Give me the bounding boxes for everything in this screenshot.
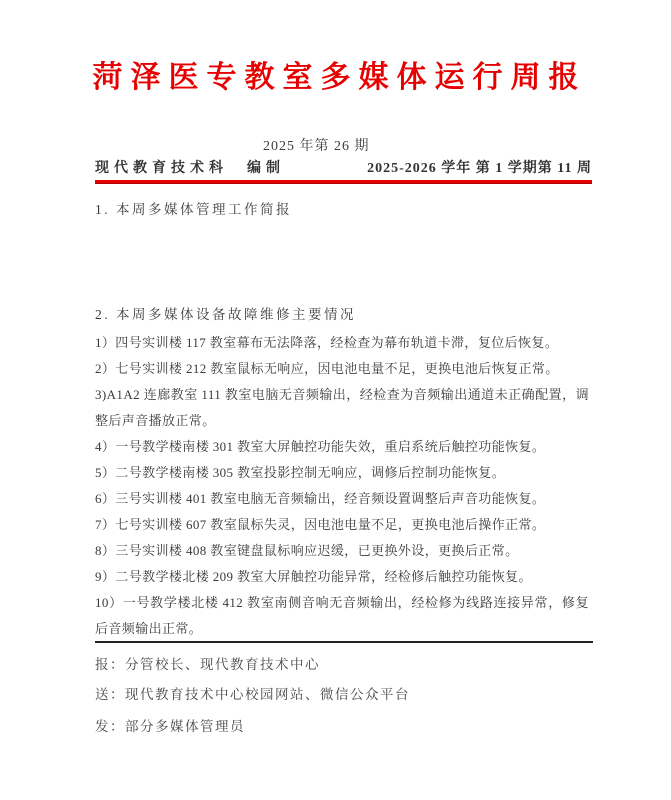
header-row: 现代教育技术科 编制 2025-2026 学年 第 1 学期第 11 周 [95,157,592,177]
send-to-line: 送：现代教育技术中心校园网站、微信公众平台 [95,683,410,703]
prepared-by-label: 现代教育技术科 编制 [95,157,285,177]
section-1-heading: 1. 本周多媒体管理工作简报 [95,198,292,218]
footer-divider [95,641,593,643]
fault-item: 3)A1A2 连廊教室 111 教室电脑无音频输出，经检查为音频输出通道未正确配… [95,382,589,434]
fault-item: 2）七号实训楼 212 教室鼠标无响应，因电池电量不足，更换电池后恢复正常。 [95,356,589,382]
red-divider [95,180,592,184]
fault-item: 4）一号教学楼南楼 301 教室大屏触控功能失效，重启系统后触控功能恢复。 [95,434,589,460]
fault-item: 5）二号教学楼南楼 305 教室投影控制无响应，调修后控制功能恢复。 [95,460,589,486]
issue-number: 2025 年第 26 期 [263,135,370,155]
report-to-line: 报：分管校长、现代教育技术中心 [95,653,320,673]
fault-repair-list: 1）四号实训楼 117 教室幕布无法降落，经检查为幕布轨道卡滞，复位后恢复。 2… [95,330,589,642]
fault-item: 10）一号教学楼北楼 412 教室南侧音响无音频输出，经检修为线路连接异常，修复… [95,590,589,642]
fault-item: 6）三号实训楼 401 教室电脑无音频输出，经音频设置调整后声音功能恢复。 [95,486,589,512]
semester-week-label: 2025-2026 学年 第 1 学期第 11 周 [367,157,592,177]
fault-item: 7）七号实训楼 607 教室鼠标失灵，因电池电量不足，更换电池后操作正常。 [95,512,589,538]
section-2-heading: 2. 本周多媒体设备故障维修主要情况 [95,303,356,323]
document-page: 菏泽医专教室多媒体运行周报 2025 年第 26 期 现代教育技术科 编制 20… [0,0,671,800]
issue-to-line: 发：部分多媒体管理员 [95,715,245,735]
fault-item: 8）三号实训楼 408 教室键盘鼠标响应迟缓，已更换外设，更换后正常。 [95,538,589,564]
fault-item: 1）四号实训楼 117 教室幕布无法降落，经检查为幕布轨道卡滞，复位后恢复。 [95,330,589,356]
fault-item: 9）二号教学楼北楼 209 教室大屏触控功能异常，经检修后触控功能恢复。 [95,564,589,590]
report-title: 菏泽医专教室多媒体运行周报 [0,52,671,96]
